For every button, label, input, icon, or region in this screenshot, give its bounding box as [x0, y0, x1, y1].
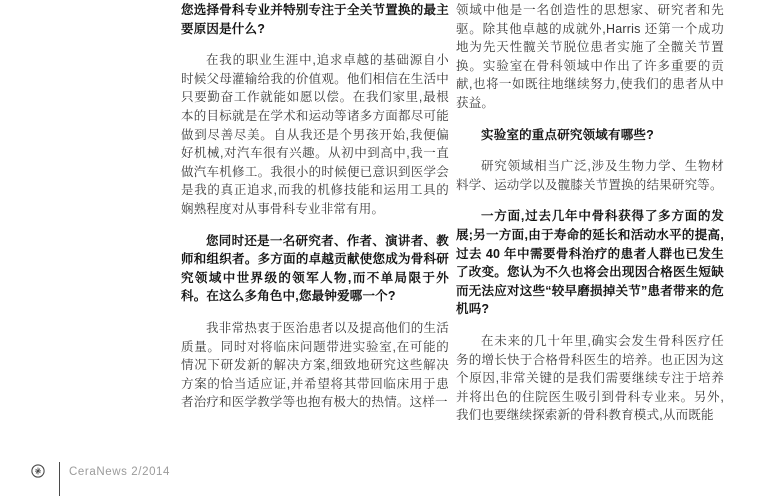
issue-label: CeraNews 2/2014	[69, 466, 170, 478]
answer-continuation-paragraph: 领域中他是一名创造性的思想家、研究者和先驱。除其他卓越的成就外,Harris 还…	[456, 1, 724, 113]
answer-paragraph: 在我的职业生涯中,追求卓越的基础源自小时候父母灌输给我的价值观。他们相信在生活中…	[181, 51, 449, 218]
magazine-page: 您选择骨科专业并特别专注于全关节置换的最主要原因是什么? 在我的职业生涯中,追求…	[0, 0, 758, 499]
left-column: 您选择骨科专业并特别专注于全关节置换的最主要原因是什么? 在我的职业生涯中,追求…	[181, 1, 449, 425]
answer-paragraph: 在未来的几十年里,确实会发生骨科医疗任务的增长快于合格骨科医生的培养。也正因为这…	[456, 332, 724, 425]
answer-paragraph: 研究领域相当广泛,涉及生物力学、生物材料学、运动学以及髋膝关节置换的结果研究等。	[456, 157, 724, 194]
question-paragraph: 您选择骨科专业并特别专注于全关节置换的最主要原因是什么?	[181, 1, 449, 38]
right-column: 领域中他是一名创造性的思想家、研究者和先驱。除其他卓越的成就外,Harris 还…	[456, 1, 724, 438]
ceramtec-seal-icon	[31, 464, 45, 478]
question-paragraph: 您同时还是一名研究者、作者、演讲者、教师和组织者。多方面的卓越贡献使您成为骨科研…	[181, 232, 449, 306]
question-paragraph: 实验室的重点研究领域有哪些?	[456, 126, 724, 145]
question-paragraph: 一方面,过去几年中骨科获得了多方面的发展;另一方面,由于寿命的延长和活动水平的提…	[456, 207, 724, 319]
answer-paragraph: 我非常热衷于医治患者以及提高他们的生活质量。同时对将临床问题带进实验室,在可能的…	[181, 319, 449, 412]
footer-divider	[59, 462, 60, 496]
